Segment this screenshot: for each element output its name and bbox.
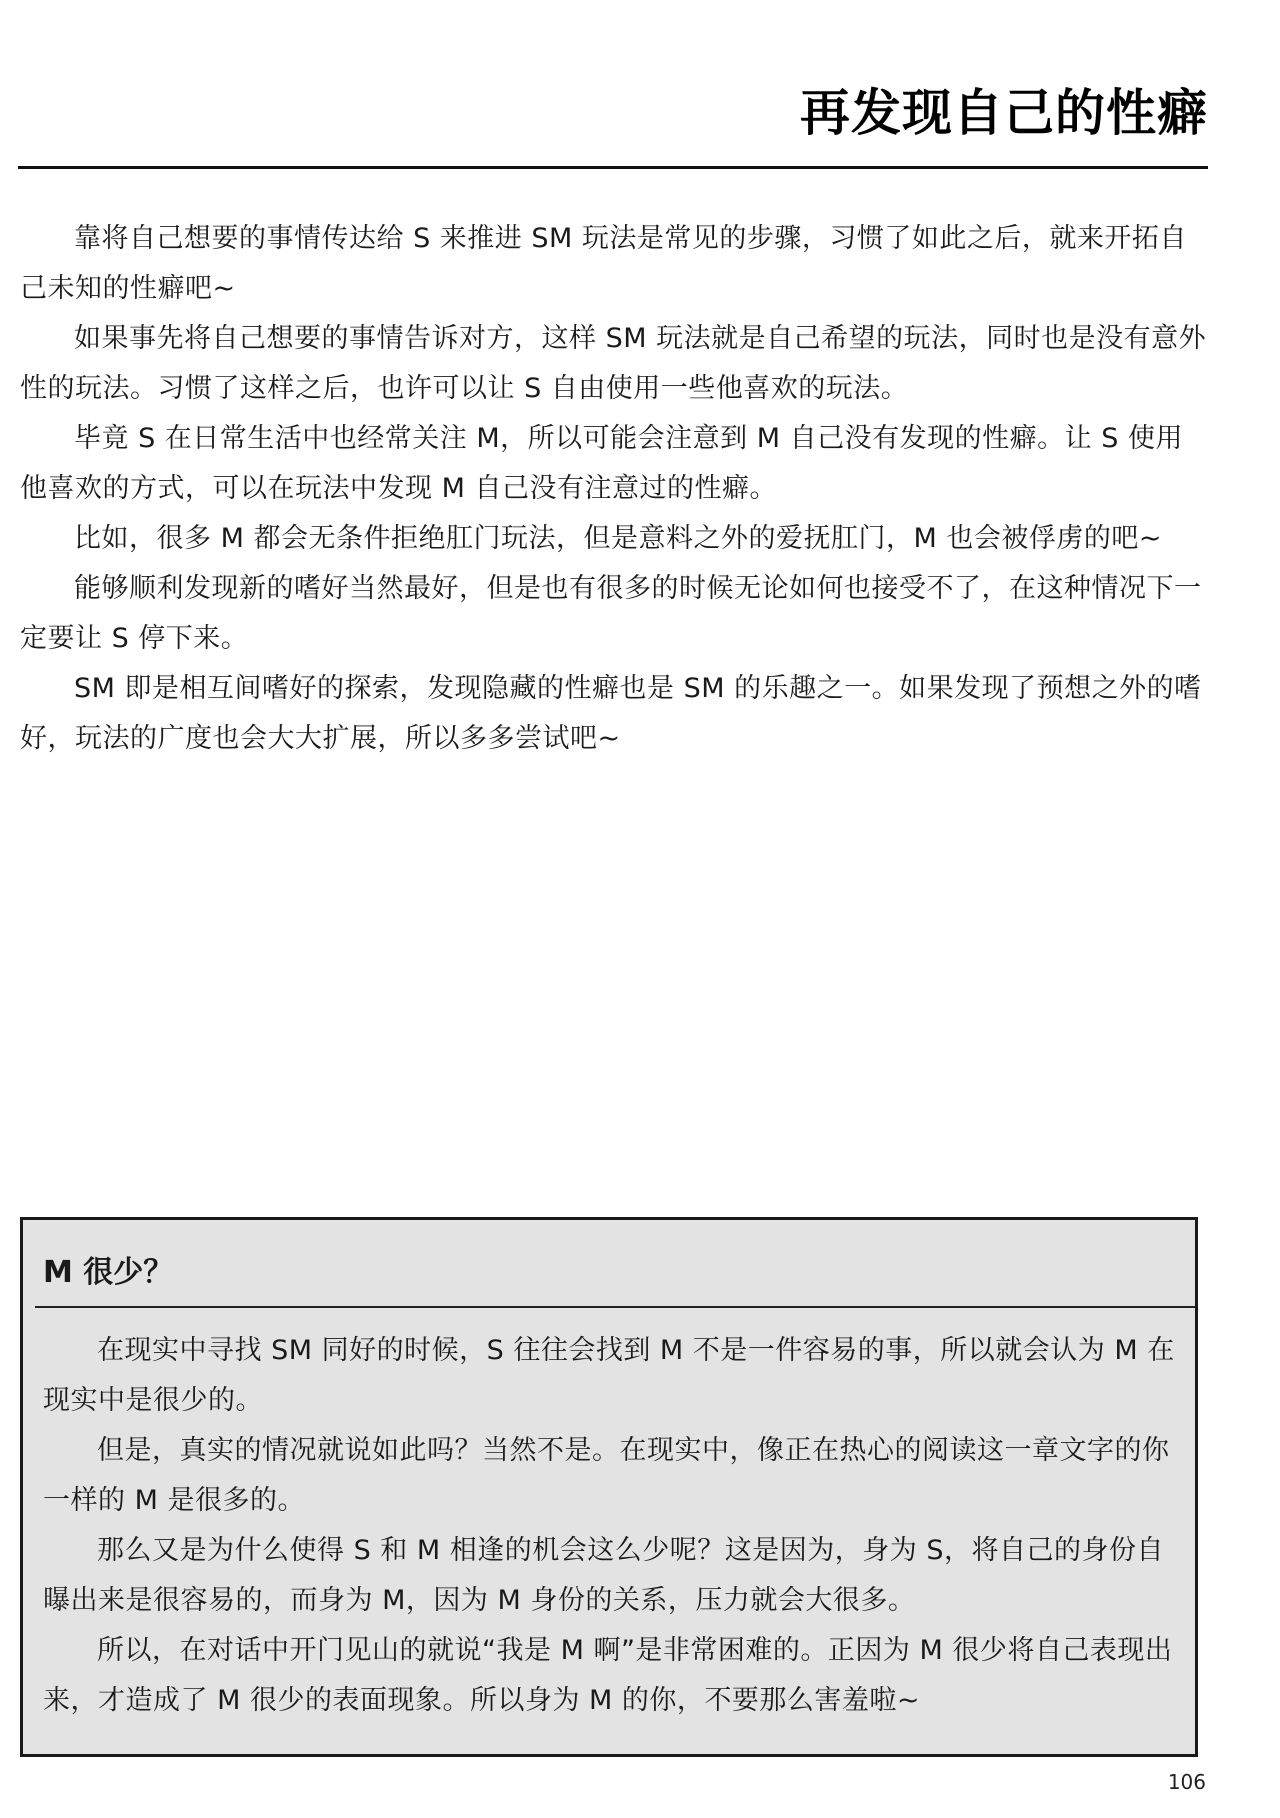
body-paragraph: 比如，很多 M 都会无条件拒绝肛门玩法，但是意料之外的爱抚肛门，M 也会被俘虏的…	[20, 514, 1210, 564]
title-divider	[18, 166, 1208, 169]
body-paragraph: SM 即是相互间嗜好的探索，发现隐藏的性癖也是 SM 的乐趣之一。如果发现了预想…	[20, 664, 1210, 764]
body-paragraph: 能够顺利发现新的嗜好当然最好，但是也有很多的时候无论如何也接受不了，在这种情况下…	[20, 564, 1210, 664]
sidebar-paragraph: 所以，在对话中开门见山的就说“我是 M 啊”是非常困难的。正因为 M 很少将自己…	[43, 1626, 1183, 1726]
main-body: 靠将自己想要的事情传达给 S 来推进 SM 玩法是常见的步骤，习惯了如此之后，就…	[20, 214, 1210, 764]
page-number: 106	[1168, 1770, 1206, 1794]
sidebar-title: M 很少？	[43, 1258, 173, 1288]
body-paragraph: 毕竟 S 在日常生活中也经常关注 M，所以可能会注意到 M 自己没有发现的性癖。…	[20, 414, 1210, 514]
sidebar-paragraph: 那么又是为什么使得 S 和 M 相逢的机会这么少呢？这是因为，身为 S，将自己的…	[43, 1526, 1183, 1626]
page-title: 再发现自己的性癖	[800, 88, 1208, 138]
sidebar-paragraph: 但是，真实的情况就说如此吗？当然不是。在现实中，像正在热心的阅读这一章文字的你一…	[43, 1426, 1183, 1526]
body-paragraph: 如果事先将自己想要的事情告诉对方，这样 SM 玩法就是自己希望的玩法，同时也是没…	[20, 314, 1210, 414]
sidebar-box: M 很少？ 在现实中寻找 SM 同好的时候，S 往往会找到 M 不是一件容易的事…	[20, 1217, 1198, 1757]
sidebar-divider	[35, 1306, 1195, 1308]
body-paragraph: 靠将自己想要的事情传达给 S 来推进 SM 玩法是常见的步骤，习惯了如此之后，就…	[20, 214, 1210, 314]
sidebar-paragraph: 在现实中寻找 SM 同好的时候，S 往往会找到 M 不是一件容易的事，所以就会认…	[43, 1326, 1183, 1426]
sidebar-body: 在现实中寻找 SM 同好的时候，S 往往会找到 M 不是一件容易的事，所以就会认…	[43, 1326, 1183, 1726]
